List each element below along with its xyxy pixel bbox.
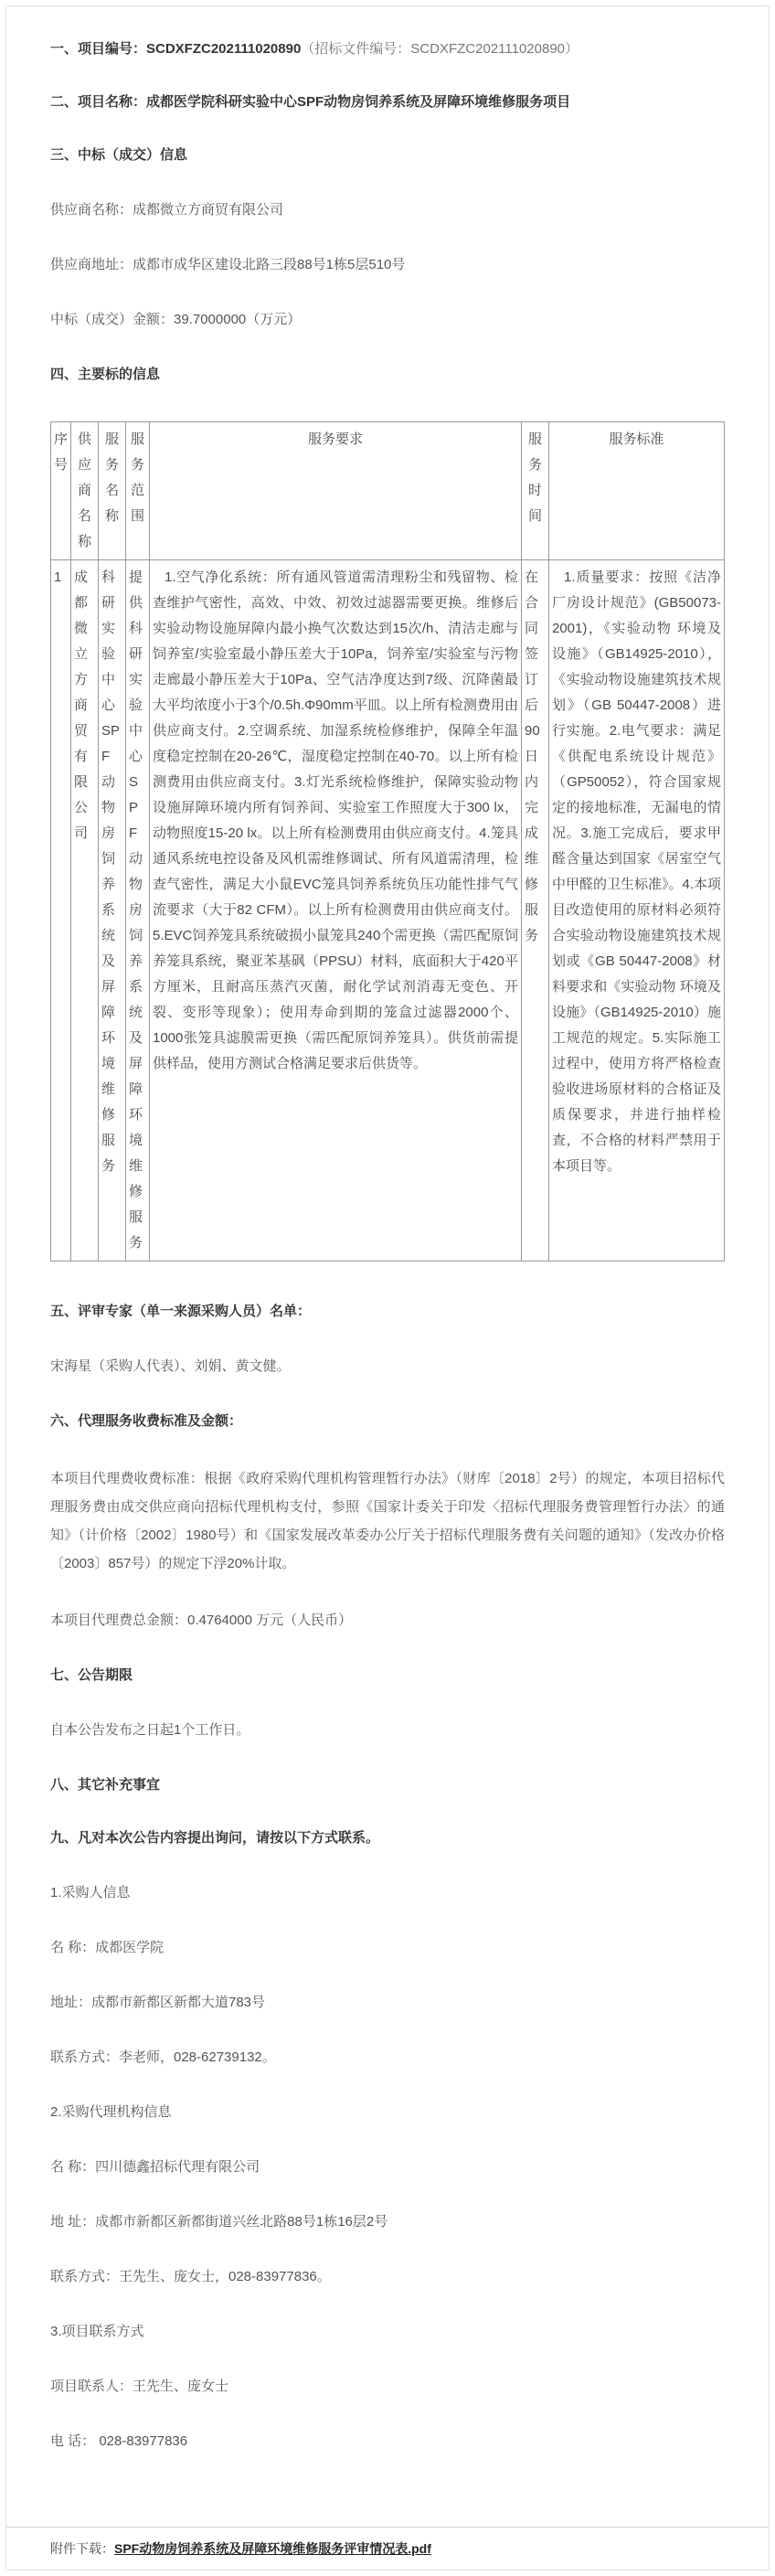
- section-project-name: 二、项目名称：成都医学院科研实验中心SPF动物房饲养系统及屏障环境维修服务项目: [50, 92, 725, 112]
- announcement-period-line: 自本公告发布之日起1个工作日。: [50, 1719, 725, 1742]
- table-header-row: 序号 供应商名称 服务名称 服务范围 服务要求 服务时间 服务标准: [51, 422, 725, 560]
- section-main-subject-title: 四、主要标的信息: [50, 365, 725, 385]
- section-experts-title: 五、评审专家（单一来源采购人员）名单：: [50, 1302, 725, 1322]
- attachment-pdf-link[interactable]: SPF动物房饲养系统及屏障环境维修服务评审情况表.pdf: [114, 2541, 431, 2556]
- supplier-address-line: 供应商地址：成都市成华区建设北路三段88号1栋5层510号: [50, 253, 725, 277]
- header-service-requirements: 服务要求: [150, 422, 522, 560]
- cell-service-scope: 提供科研实验中心SPF动物房饲养系统及屏障环境维修服务: [126, 560, 150, 1261]
- buyer-name-line: 名 称：成都医学院: [50, 1936, 725, 1960]
- project-contact-header: 3.项目联系方式: [50, 2320, 725, 2344]
- buyer-contact-line: 联系方式：李老师，028-62739132。: [50, 2046, 725, 2070]
- cell-service-requirements: 1.空气净化系统：所有通风管道需清理粉尘和残留物、检查维护气密性，高效、中效、初…: [150, 560, 522, 1261]
- attachment-label: 附件下载：: [50, 2541, 114, 2556]
- agency-name-line: 名 称：四川德鑫招标代理有限公司: [50, 2156, 725, 2179]
- header-service-standard: 服务标准: [549, 422, 725, 560]
- announcement-body: 一、项目编号：SCDXFZC202111020890（招标文件编号：SCDXFZ…: [6, 6, 769, 2527]
- section-project-number: 一、项目编号：SCDXFZC202111020890（招标文件编号：SCDXFZ…: [50, 39, 725, 59]
- procurement-announcement-page: { "colors": { "heading_text": "#333333",…: [0, 5, 775, 2571]
- attachment-bar: 附件下载：SPF动物房饲养系统及屏障环境维修服务评审情况表.pdf: [6, 2527, 769, 2570]
- header-service-name: 服务名称: [99, 422, 126, 560]
- table-body: 1 成都微立方商贸有限公司 科研实验中心SPF动物房饲养系统及屏障环境维修服务 …: [51, 560, 725, 1261]
- buyer-address-line: 地址：成都市新都区新都大道783号: [50, 1991, 725, 2015]
- cell-service-time: 在合同签订后90日内完成维修服务: [522, 560, 549, 1261]
- agency-fee-total-line: 本项目代理费总金额：0.4764000 万元（人民币）: [50, 1609, 725, 1633]
- experts-list-line: 宋海星（采购人代表）、刘娟、黄文健。: [50, 1355, 725, 1378]
- section-agency-fee-title: 六、代理服务收费标准及金额：: [50, 1411, 725, 1432]
- header-service-scope: 服务范围: [126, 422, 150, 560]
- section-contact-title: 九、凡对本次公告内容提出询问，请按以下方式联系。: [50, 1828, 725, 1848]
- award-amount-line: 中标（成交）金额：39.7000000（万元）: [50, 308, 725, 332]
- cell-service-standard: 1.质量要求：按照《洁净厂房设计规范》(GB50073-2001)，《实验动物 …: [549, 560, 725, 1261]
- agency-fee-standard-paragraph: 本项目代理费收费标准：根据《政府采购代理机构管理暂行办法》（财库〔2018〕2号…: [50, 1464, 725, 1578]
- cell-service-name: 科研实验中心SPF动物房饲养系统及屏障环境维修服务: [99, 560, 126, 1261]
- bid-document-number-text: （招标文件编号：SCDXFZC202111020890）: [301, 41, 579, 57]
- buyer-info-header: 1.采购人信息: [50, 1881, 725, 1905]
- agency-address-line: 地 址：成都市新都区新都街道兴丝北路88号1栋16层2号: [50, 2210, 725, 2234]
- cell-seq: 1: [51, 560, 71, 1261]
- project-contact-person-line: 项目联系人：王先生、庞女士: [50, 2375, 725, 2399]
- project-phone-line: 电 话： 028-83977836: [50, 2430, 725, 2454]
- section-award-info-title: 三、中标（成交）信息: [50, 145, 725, 165]
- project-number-text: 一、项目编号：SCDXFZC202111020890: [50, 41, 301, 57]
- header-service-time: 服务时间: [522, 422, 549, 560]
- header-seq: 序号: [51, 422, 71, 560]
- table-header: 序号 供应商名称 服务名称 服务范围 服务要求 服务时间 服务标准: [51, 422, 725, 560]
- agency-info-header: 2.采购代理机构信息: [50, 2101, 725, 2124]
- cell-supplier: 成都微立方商贸有限公司: [71, 560, 99, 1261]
- main-subject-table: 序号 供应商名称 服务名称 服务范围 服务要求 服务时间 服务标准 1 成都微立…: [50, 421, 725, 1261]
- section-announcement-period-title: 七、公告期限: [50, 1666, 725, 1686]
- header-supplier: 供应商名称: [71, 422, 99, 560]
- supplier-name-line: 供应商名称：成都微立方商贸有限公司: [50, 198, 725, 222]
- agency-contact-line: 联系方式：王先生、庞女士，028-83977836。: [50, 2265, 725, 2289]
- announcement-container: 一、项目编号：SCDXFZC202111020890（招标文件编号：SCDXFZ…: [5, 5, 770, 2571]
- table-row: 1 成都微立方商贸有限公司 科研实验中心SPF动物房饲养系统及屏障环境维修服务 …: [51, 560, 725, 1261]
- section-other-matters-title: 八、其它补充事宜: [50, 1775, 725, 1795]
